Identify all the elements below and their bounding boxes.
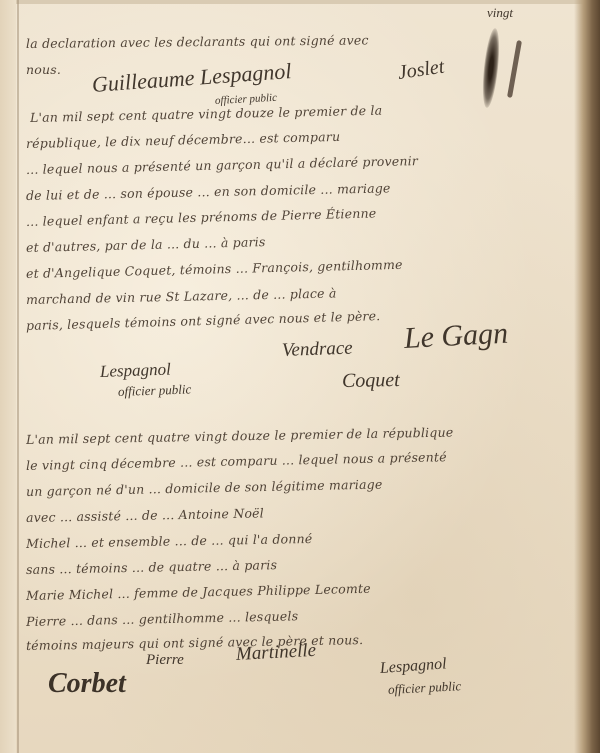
left-page-strip — [0, 0, 16, 753]
act2-line: ... lequel enfant a reçu les prénoms de … — [26, 205, 377, 229]
act3-line: Pierre ... dans ... gentilhomme ... lesq… — [26, 608, 299, 629]
act3-line: Marie Michel ... femme de Jacques Philip… — [26, 581, 371, 603]
margin-line — [17, 0, 19, 753]
act2-line: L'an mil sept cent quatre vingt douze le… — [30, 103, 383, 125]
act1-closing-line: la declaration avec les declarants qui o… — [26, 32, 369, 51]
act2-line: ... lequel nous a présenté un garçon qu'… — [26, 153, 418, 177]
signature-joslet: Joslet — [396, 56, 445, 85]
signature-officer-title: officier public — [118, 381, 192, 400]
signature-coquet: Coquet — [342, 369, 400, 393]
act3-line: avec ... assisté ... de ... Antoine Noël — [26, 505, 264, 525]
act2-line: de lui et de ... son épouse ... en son d… — [26, 180, 391, 203]
signature-pierre: Pierre — [146, 652, 184, 669]
act2-line: et d'autres, par de la ... du ... à pari… — [26, 234, 266, 255]
act3-line: L'an mil sept cent quatre vingt douze le… — [26, 425, 454, 447]
signature-lespagnol: Lespagnol — [100, 360, 171, 382]
act3-line: sans ... témoins ... de quatre ... à par… — [26, 557, 277, 577]
signature-lespagnol: Lespagnol — [379, 655, 447, 678]
book-binding-shadow — [574, 0, 600, 753]
ink-blot — [480, 27, 502, 108]
act2-line: et d'Angelique Coquet, témoins ... Franç… — [26, 257, 403, 281]
act1-closing-line: nous. — [26, 62, 61, 77]
act2-line: paris, lesquels témoins ont signé avec n… — [26, 308, 381, 333]
signature-corbet: Corbet — [48, 668, 126, 700]
signature-martinelle: Martinelle — [235, 640, 316, 666]
page-top-edge — [0, 0, 600, 4]
act3-line: un garçon né d'un ... domicile de son lé… — [26, 477, 383, 499]
corner-note: vingt — [487, 5, 513, 21]
signature-father: Le Gagn — [403, 317, 509, 356]
signature-vendrace: Vendrace — [282, 338, 353, 362]
act3-line: Michel ... et ensemble ... de ... qui l'… — [26, 531, 313, 551]
register-page: vingt la declaration avec les declarants… — [0, 0, 600, 753]
ink-stroke — [507, 40, 522, 98]
act2-line: république, le dix neuf décembre... est … — [26, 129, 341, 151]
signature-officer-title: officier public — [388, 678, 462, 698]
act3-line: le vingt cinq décembre ... est comparu .… — [26, 449, 447, 473]
act2-line: marchand de vin rue St Lazare, ... de ..… — [26, 285, 337, 307]
